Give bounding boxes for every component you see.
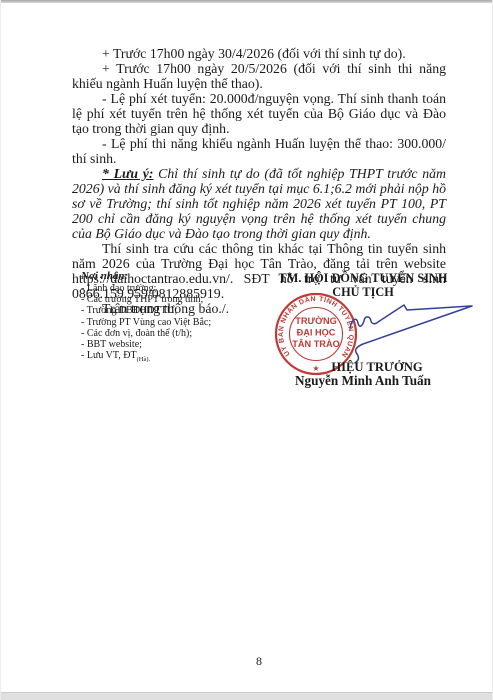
stamp-center-line1: TRƯỜNG (295, 315, 337, 326)
recipient-item: - Các trường THPT trong tỉnh; (81, 294, 271, 305)
page-top-edge (1, 0, 492, 3)
document-page: + Trước 17h00 ngày 30/4/2026 (đối với th… (0, 0, 493, 700)
deadline-free-candidates: + Trước 17h00 ngày 30/4/2026 (đối với th… (72, 46, 446, 61)
fee-registration: - Lệ phí xét tuyển: 20.000đ/nguyện vọng.… (72, 91, 446, 136)
recipient-item: - Trường DBĐHDTTƯ; (81, 305, 271, 316)
archive-subscript: (Hà). (137, 356, 151, 363)
signature-heading: TM. HỘI ĐỒNG TUYỂN SINH CHỦ TỊCH (254, 271, 472, 299)
authority-line: TM. HỘI ĐỒNG TUYỂN SINH (254, 271, 472, 285)
recipient-item: - Các đơn vị, đoàn thể (t/h); (81, 328, 271, 339)
deadline-talent-exam: + Trước 17h00 ngày 20/5/2026 (đối với th… (72, 61, 446, 91)
page-bottom-edge (1, 692, 492, 700)
note-paragraph: * Lưu ý: Chỉ thí sinh tự do (đã tốt nghi… (72, 166, 446, 241)
lookup-prefix: Thí sinh tra cứu các thông tin khác tại … (72, 241, 446, 271)
recipient-item: - Lãnh đạo trường; (81, 283, 271, 294)
recipients-label: Nơi nhận: (81, 270, 271, 283)
recipient-item-archive: - Lưu VT, ĐT(Hà). (81, 350, 271, 365)
archive-main: - Lưu VT, ĐT (81, 350, 137, 361)
note-label: * Lưu ý: (102, 166, 153, 181)
recipient-item: - Trường PT Vùng cao Việt Bắc; (81, 317, 271, 328)
recipient-item: - BBT website; (81, 339, 271, 350)
chairman-title: CHỦ TỊCH (254, 285, 472, 299)
signer-name: Nguyễn Minh Anh Tuấn (254, 373, 472, 389)
stamp-center-line3: TÂN TRÀO (292, 338, 339, 349)
recipients-block: Nơi nhận: - Lãnh đạo trường; - Các trườn… (81, 270, 271, 365)
fee-talent-exam: - Lệ phí thi năng khiếu ngành Huấn luyện… (72, 136, 446, 166)
page-number: 8 (72, 654, 446, 669)
stamp-center-line2: ĐẠI HỌC (297, 328, 336, 338)
